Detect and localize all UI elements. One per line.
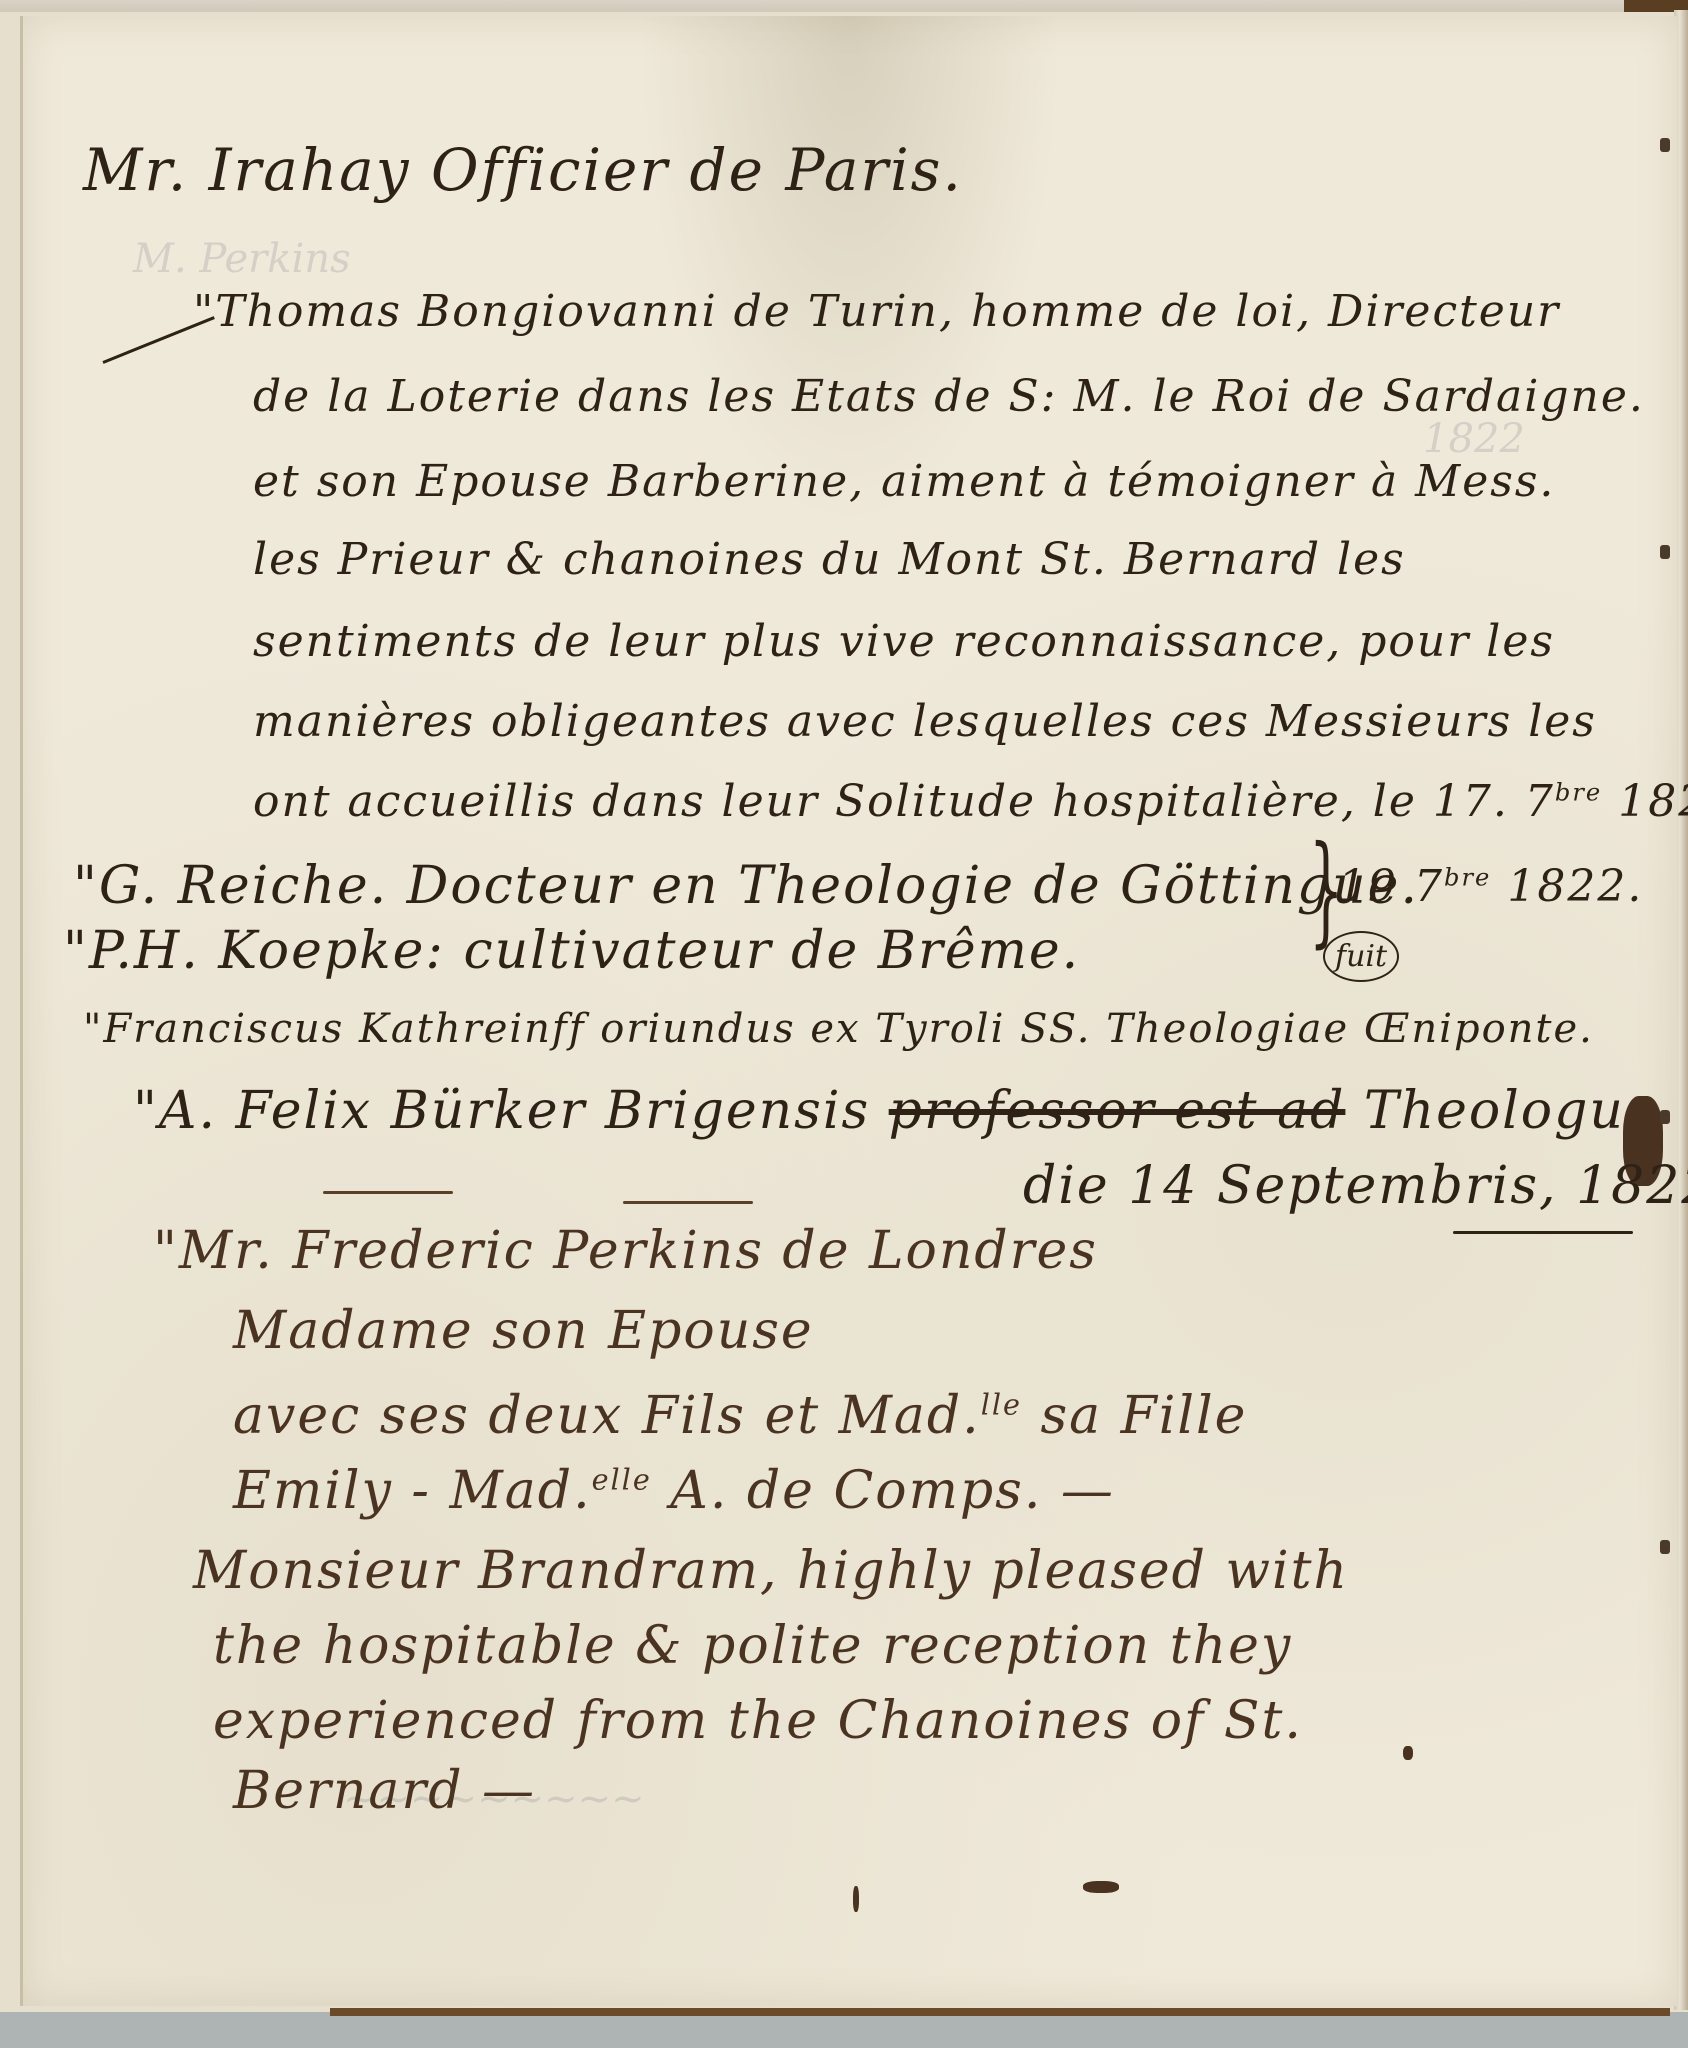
divider-rule (623, 1201, 753, 1204)
entry-line: Madame son Epouse (233, 1301, 814, 1361)
entry-line: "P.H. Koepke: cultivateur de Brême. (63, 921, 1080, 981)
entry-text: Emily - Mad. (233, 1461, 592, 1521)
entry-line: "Mr. Frederic Perkins de Londres (153, 1221, 1098, 1281)
entry-line: "Franciscus Kathreinff oriundus ex Tyrol… (83, 1006, 1594, 1052)
binding-hole (1660, 138, 1670, 152)
entry-date: die 14 Septembris, 1822 (1023, 1156, 1688, 1216)
binding-hole (1660, 545, 1670, 559)
entry-line: the hospitable & polite reception they (213, 1616, 1292, 1676)
divider-rule (323, 1191, 453, 1194)
entry-text: Theologus (1364, 1081, 1654, 1141)
entry-line: manières obligeantes avec lesquelles ces… (253, 696, 1597, 747)
abbrev-superscript: lle (981, 1388, 1022, 1422)
date-underline (1453, 1231, 1633, 1234)
struck-out-text: professor est ad (889, 1081, 1346, 1141)
binding-hole (1660, 1110, 1670, 1124)
entry-text: A. de Comps. — (652, 1461, 1115, 1521)
entry-line: les Prieur & chanoines du Mont St. Berna… (253, 534, 1406, 585)
ink-speck (1403, 1746, 1413, 1760)
entry-text: avec ses deux Fils et Mad. (233, 1386, 981, 1446)
entry-date: 19 7bre 1822. (1338, 861, 1643, 912)
entry-date: 1822. (1618, 776, 1688, 827)
entry-line: Emily - Mad.elle A. de Comps. — (233, 1461, 1115, 1521)
entry-line: avec ses deux Fils et Mad.lle sa Fille (233, 1386, 1247, 1446)
entry-text: sa Fille (1022, 1386, 1248, 1446)
entry-line: "A. Felix Bürker Brigensis professor est… (133, 1081, 1654, 1141)
date-superscript: bre (1444, 863, 1491, 891)
manuscript-page: M. Perkins 1822 ~~~~~~~~~ Mr. Irahay Off… (20, 16, 1677, 2006)
date-year: 1822. (1507, 861, 1643, 912)
header-line: Mr. Irahay Officier de Paris. (83, 136, 963, 204)
entry-line: et son Epouse Barberine, aiment à témoig… (253, 456, 1555, 507)
abbrev-superscript: elle (592, 1463, 652, 1497)
entry-line: ont accueillis dans leur Solitude hospit… (253, 776, 1688, 827)
entry-line: experienced from the Chanoines of St. (213, 1691, 1303, 1751)
circled-annotation: fuit (1323, 931, 1399, 982)
entry-line: "G. Reiche. Docteur en Theologie de Gött… (73, 856, 1419, 916)
binding-hole (1660, 1540, 1670, 1554)
entry-line: sentiments de leur plus vive reconnaissa… (253, 616, 1555, 667)
entry-line: Monsieur Brandram, highly pleased with (193, 1541, 1349, 1601)
entry-line: de la Loterie dans les Etats de S: M. le… (253, 371, 1645, 422)
entry-line: Bernard — (233, 1761, 536, 1821)
ink-speck (853, 1886, 859, 1912)
page-bottom-edge (330, 2008, 1670, 2016)
bleed-through-text: M. Perkins (133, 236, 351, 282)
entry-text: "A. Felix Bürker Brigensis (133, 1081, 870, 1141)
date-day: 19 7 (1338, 861, 1444, 912)
entry-text: ont accueillis dans leur Solitude hospit… (253, 776, 1555, 827)
date-superscript: bre (1555, 778, 1602, 806)
ink-speck (1083, 1881, 1119, 1893)
entry-line: "Thomas Bongiovanni de Turin, homme de l… (193, 286, 1560, 337)
